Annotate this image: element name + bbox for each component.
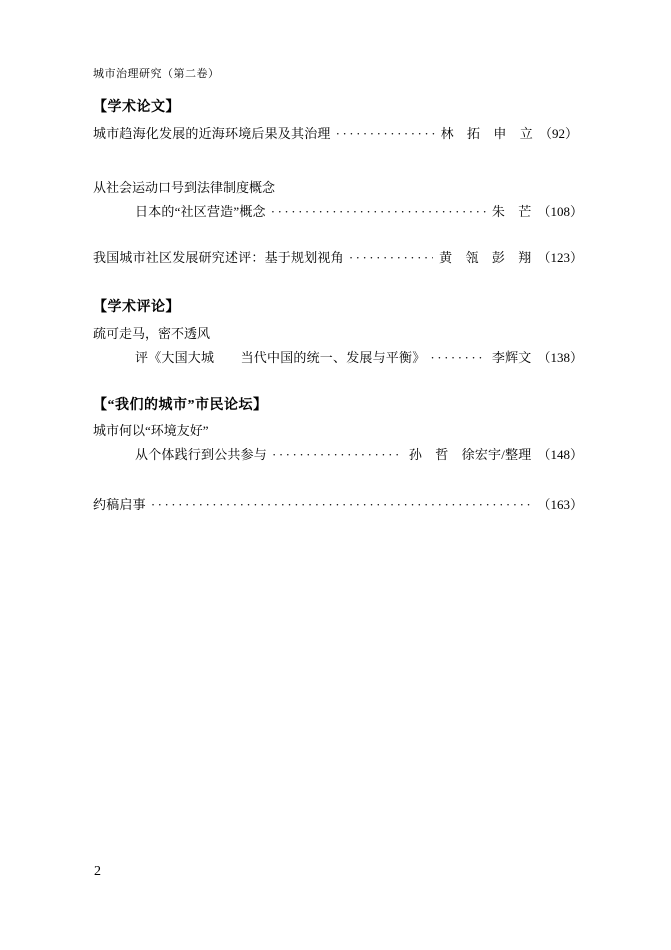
entry-page-number: （148）	[537, 446, 583, 463]
entry-title: 城市趋海化发展的近海环境后果及其治理	[93, 125, 331, 142]
section-header-citizen-forum: 【“我们的城市”市民论坛】	[93, 397, 583, 414]
entry-page-number: （92）	[539, 125, 583, 142]
dot-leader: ········································…	[151, 496, 532, 513]
toc-entry: 评《大国大城 当代中国的统一、发展与平衡》 ··················…	[93, 349, 583, 366]
toc-entry: 城市趋海化发展的近海环境后果及其治理 ·····················…	[93, 125, 583, 142]
section-header-academic-commentary: 【学术评论】	[93, 299, 583, 316]
toc-entry: 我国城市社区发展研究述评：基于规划视角 ····················…	[93, 249, 583, 266]
dot-leader: ········································…	[349, 249, 433, 266]
dot-leader: ········································…	[272, 446, 403, 463]
page-number-folio: 2	[94, 864, 101, 880]
dot-leader: ········································…	[271, 203, 486, 220]
document-page: 城市治理研究（第二卷） 【学术论文】 城市趋海化发展的近海环境后果及其治理 ··…	[0, 0, 671, 950]
entry-title-first-line: 疏可走马，密不透风	[93, 325, 583, 342]
entry-title: 我国城市社区发展研究述评：基于规划视角	[93, 249, 344, 266]
entry-title-first-line: 城市何以“环境友好”	[93, 422, 583, 439]
entry-title-first-line: 从社会运动口号到法律制度概念	[93, 179, 583, 196]
toc-entry: 从个体践行到公共参与 ·····························…	[93, 446, 583, 463]
entry-authors: 李辉文	[492, 349, 532, 366]
entry-authors: 黄 瓴 彭 翔	[439, 249, 531, 266]
section-header-academic-papers: 【学术论文】	[93, 99, 583, 116]
dot-leader: ········································…	[430, 349, 485, 366]
entry-title: 评《大国大城 当代中国的统一、发展与平衡》	[135, 349, 425, 366]
entry-authors: 林 拓 申 立	[441, 125, 533, 142]
entry-title: 从个体践行到公共参与	[135, 446, 267, 463]
entry-authors: 朱 芒	[492, 203, 532, 220]
running-header: 城市治理研究（第二卷）	[93, 66, 583, 83]
entry-page-number: （123）	[537, 249, 583, 266]
dot-leader: ········································…	[336, 125, 435, 142]
entry-page-number: （163）	[537, 496, 583, 513]
entry-page-number: （138）	[537, 349, 583, 366]
toc-entry: 日本的“社区营造”概念 ····························…	[93, 203, 583, 220]
entry-title: 约稿启事	[93, 496, 146, 513]
toc-entry: 约稿启事 ···································…	[93, 496, 583, 513]
entry-title: 日本的“社区营造”概念	[135, 203, 266, 220]
entry-authors: 孙 哲 徐宏宇/整理	[409, 446, 532, 463]
entry-page-number: （108）	[537, 203, 583, 220]
